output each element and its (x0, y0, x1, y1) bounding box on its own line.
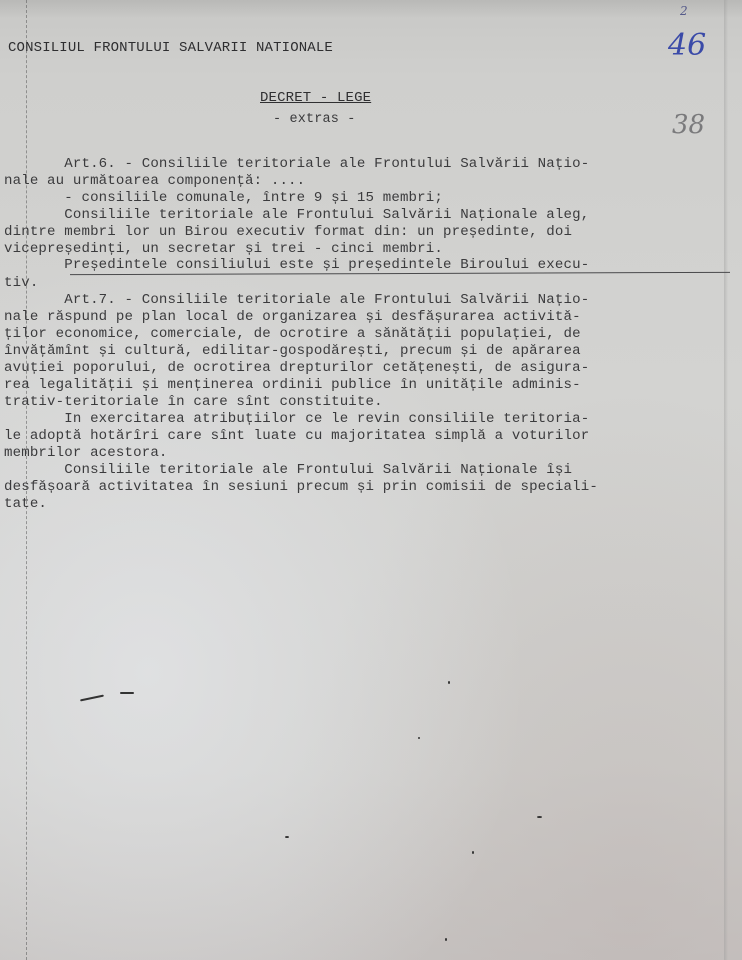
body-line: tiv. (4, 275, 38, 291)
body-line: nale au următoarea componență: .... (4, 173, 305, 189)
speck (448, 681, 450, 684)
body-line: Președintele consiliului este și președi… (4, 257, 589, 273)
body-line: le adoptă hotărîri care sînt luate cu ma… (4, 428, 589, 444)
speck (537, 816, 542, 818)
document-header: CONSILIUL FRONTULUI SALVARII NATIONALE (8, 40, 333, 56)
document-subtitle: - extras - (273, 112, 356, 127)
pencil-mark: 38 (672, 110, 705, 140)
document-title: DECRET - LEGE (260, 90, 371, 106)
page-top-shadow (0, 0, 742, 18)
body-line: desfășoară activitatea în sesiuni precum… (4, 479, 598, 495)
body-line: Consiliile teritoriale ale Frontului Sal… (4, 462, 572, 478)
speck (285, 836, 289, 838)
body-line: învățămînt și cultură, edilitar-gospodăr… (4, 343, 581, 359)
body-line: ților economice, comerciale, de ocrotire… (4, 326, 581, 342)
body-line: Art.7. - Consiliile teritoriale ale Fron… (4, 292, 589, 308)
body-line: Art.6. - Consiliile teritoriale ale Fron… (4, 156, 589, 172)
body-line: trativ-teritoriale în care sînt constitu… (4, 394, 383, 410)
speck (472, 851, 474, 854)
body-line: avuției poporului, de ocrotirea drepturi… (4, 360, 589, 376)
body-line: - consiliile comunale, între 9 și 15 mem… (4, 190, 443, 206)
speck (445, 938, 447, 941)
handwritten-small-mark: 2 (680, 4, 688, 18)
page-right-edge (724, 0, 728, 960)
ink-mark (80, 695, 104, 702)
body-line: In exercitarea atribuțiilor ce le revin … (4, 411, 589, 427)
body-line: nale răspund pe plan local de organizare… (4, 309, 581, 325)
body-line: membrilor acestora. (4, 445, 168, 461)
handwritten-folio-number: 46 (668, 28, 706, 63)
ink-mark (120, 692, 134, 694)
speck (418, 737, 420, 739)
body-line: vicepreședinți, un secretar și trei - ci… (4, 241, 443, 257)
body-line: Consiliile teritoriale ale Frontului Sal… (4, 207, 589, 223)
body-line: dintre membri lor un Birou executiv form… (4, 224, 572, 240)
scanned-document-page: CONSILIUL FRONTULUI SALVARII NATIONALE D… (0, 0, 742, 960)
body-line: tate. (4, 496, 47, 512)
body-line: rea legalității și menținerea ordinii pu… (4, 377, 581, 393)
